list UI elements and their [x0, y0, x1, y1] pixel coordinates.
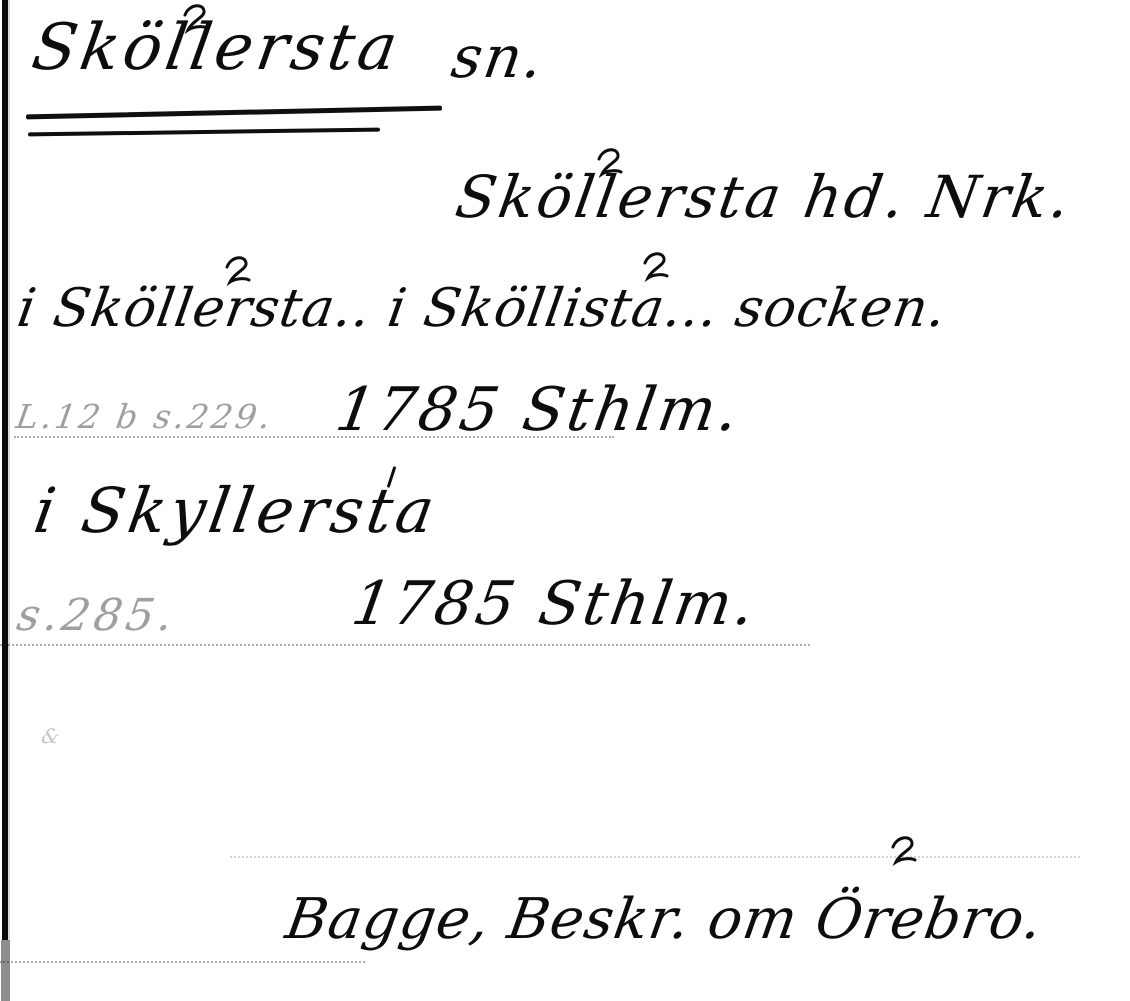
source-citation-line: Bagge, Beskr. om Örebro. [282, 892, 1047, 948]
name-forms-line: i Sköllersta.. i Sköllista... socken. [14, 282, 950, 335]
scanned-archive-card: Sköllersta sn. Sköllersta hd. Nrk. i Skö… [0, 0, 1130, 1001]
o-diacritic-flourish-icon [594, 146, 624, 182]
page-reference-2: s.285. [14, 594, 180, 638]
binding-edge-line [2, 0, 8, 944]
title-underline-bottom [28, 128, 380, 137]
card-title-abbreviation: sn. [448, 28, 549, 86]
district-line: Sköllersta hd. Nrk. [452, 168, 1077, 226]
o-diacritic-flourish-icon [640, 250, 670, 286]
name-form-2: i Skyllersta [30, 480, 442, 542]
ruled-dotted-line [0, 961, 365, 963]
year-place-2: 1785 Sthlm. [348, 574, 761, 634]
title-underline-top [26, 106, 442, 120]
year-place-1: 1785 Sthlm. [332, 380, 745, 440]
o-diacritic-flourish-icon [180, 2, 210, 38]
marginal-mark: & [40, 726, 61, 746]
o-diacritic-flourish-icon [222, 254, 252, 290]
card-title-place-name: Sköllersta [28, 16, 405, 80]
ruled-dotted-line [0, 644, 810, 646]
binding-edge-line-faded [1, 940, 10, 1001]
o-diacritic-flourish-icon [888, 834, 918, 870]
page-reference-1: L.12 b s.229. [14, 400, 276, 433]
ruled-dotted-line [14, 436, 614, 438]
ruled-dotted-line [230, 856, 1080, 858]
